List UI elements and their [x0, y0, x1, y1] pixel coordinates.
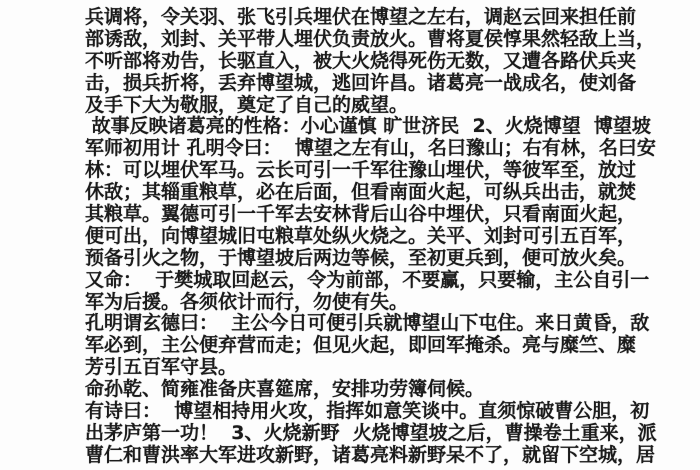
text-line: 其粮草。翼德可引一千军去安林背后山谷中埋伏，只看南面火起， — [85, 204, 662, 226]
text-line: 出茅庐第一功！ 3、火烧新野 火烧博望坡之后，曹操卷土重来，派 — [85, 423, 662, 445]
text-line: 故事反映诸葛亮的性格：小心谨慎 旷世济民 2、火烧博望 博望坡 — [85, 116, 662, 138]
text-line: 休敌；其辎重粮草，必在后面，但看南面火起，可纵兵出击，就焚 — [85, 182, 662, 204]
text-line: 有诗曰： 博望相持用火攻，指挥如意笑谈中。直须惊破曹公胆，初 — [85, 401, 662, 423]
text-line: 便可出，向博望城旧屯粮草处纵火烧之。关平、刘封可引五百军， — [85, 226, 662, 248]
text-line: 预备引火之物，于博望坡后两边等候，至初更兵到，便可放火矣。 — [85, 248, 662, 270]
text-line: 兵调将，令关羽、张飞引兵埋伏在博望之左右，调赵云回来担任前 — [85, 7, 662, 29]
text-line: 军为后援。各须依计而行，勿使有失。 — [85, 292, 662, 314]
text-line: 芳引五百军守县。 — [85, 357, 662, 379]
text-line: 不听部将劝告，长驱直入，被大火烧得死伤无数，又遭各路伏兵夹 — [85, 51, 662, 73]
text-line: 孔明谓玄德曰： 主公今日可便引兵就博望山下屯住。来日黄昏，敌 — [85, 313, 662, 335]
text-line: 军必到，主公便弃营而走；但见火起，即回军掩杀。亮与糜竺、糜 — [85, 335, 662, 357]
text-line: 曹仁和曹洪率大军进攻新野，诸葛亮料新野呆不了，就留下空城，居 — [85, 445, 662, 467]
text-line: 又命： 于樊城取回赵云，令为前部，不要赢，只要输，主公自引一 — [85, 270, 662, 292]
text-line: 命孙乾、简雍准备庆喜筵席，安排功劳簿伺候。 — [85, 379, 662, 401]
scanned-text-page: 兵调将，令关羽、张飞引兵埋伏在博望之左右，调赵云回来担任前 部诱敌，刘封、关平带… — [0, 0, 700, 470]
text-line: 及手下大为敬服，奠定了自己的威望。 — [85, 95, 662, 117]
text-line: 军师初用计 孔明令曰： 博望之左有山，名曰豫山；右有林，名曰安 — [85, 138, 662, 160]
text-line: 林：可以埋伏军马。云长可引一千军往豫山埋伏，等彼军至，放过 — [85, 160, 662, 182]
text-line: 部诱敌，刘封、关平带人埋伏负责放火。曹将夏侯惇果然轻敌上当， — [85, 29, 662, 51]
text-line: 击，损兵折将，丢弃博望城，逃回许昌。诸葛亮一战成名，使刘备 — [85, 73, 662, 95]
